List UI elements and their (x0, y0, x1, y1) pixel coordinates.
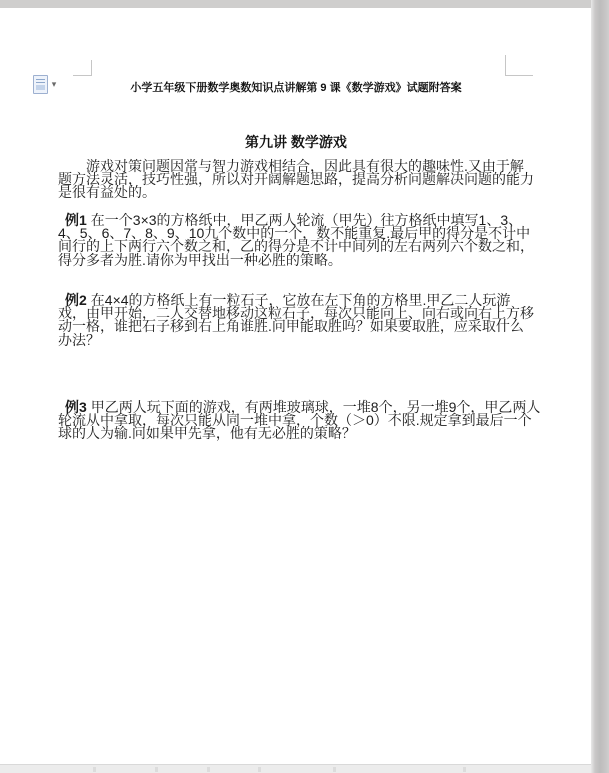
header-margin-mark-right-vertical (505, 55, 506, 76)
example-3-paragraph: 例3甲乙两人玩下面的游戏，有两堆玻璃球，一堆8个，另一堆9个，甲乙两人轮流从中拿… (58, 401, 548, 441)
example-1-paragraph: 例1在一个3×3的方格纸中，甲乙两人轮流（甲先）往方格纸中填写1、3、4、5、6… (58, 214, 548, 267)
scroll-tick (93, 767, 96, 772)
example-2-text: 在4×4的方格纸上有一粒石子，它放在左下角的方格里.甲乙二人玩游戏，由甲开始，二… (58, 292, 534, 348)
intro-text: 游戏对策问题因常与智力游戏相结合，因此具有很大的趣味性.又由于解题方法灵活，技巧… (58, 158, 534, 200)
header-margin-mark-left-horizontal (73, 75, 92, 76)
horizontal-scrollbar[interactable] (0, 764, 592, 773)
header-margin-mark-left-vertical (91, 60, 92, 76)
scroll-tick (463, 767, 466, 772)
header-margin-mark-right-horizontal (505, 75, 533, 76)
scroll-tick (207, 767, 210, 772)
scroll-tick (155, 767, 158, 772)
document-title: 第九讲 数学游戏 (0, 132, 592, 152)
intro-paragraph: 游戏对策问题因常与智力游戏相结合，因此具有很大的趣味性.又由于解题方法灵活，技巧… (58, 160, 548, 200)
example-3-text: 甲乙两人玩下面的游戏，有两堆玻璃球，一堆8个，另一堆9个，甲乙两人轮流从中拿取，… (58, 399, 540, 441)
scroll-tick (258, 767, 261, 772)
example-2-paragraph: 例2在4×4的方格纸上有一粒石子，它放在左下角的方格里.甲乙二人玩游戏，由甲开始… (58, 294, 548, 347)
vertical-scrollbar[interactable] (591, 0, 609, 773)
document-page (0, 8, 592, 764)
document-header-text: 小学五年级下册数学奥数知识点讲解第 9 课《数学游戏》试题附答案 (0, 79, 592, 95)
app-window: ▾ 小学五年级下册数学奥数知识点讲解第 9 课《数学游戏》试题附答案 第九讲 数… (0, 0, 609, 773)
example-1-text: 在一个3×3的方格纸中，甲乙两人轮流（甲先）往方格纸中填写1、3、4、5、6、7… (58, 212, 534, 268)
scroll-tick (333, 767, 336, 772)
